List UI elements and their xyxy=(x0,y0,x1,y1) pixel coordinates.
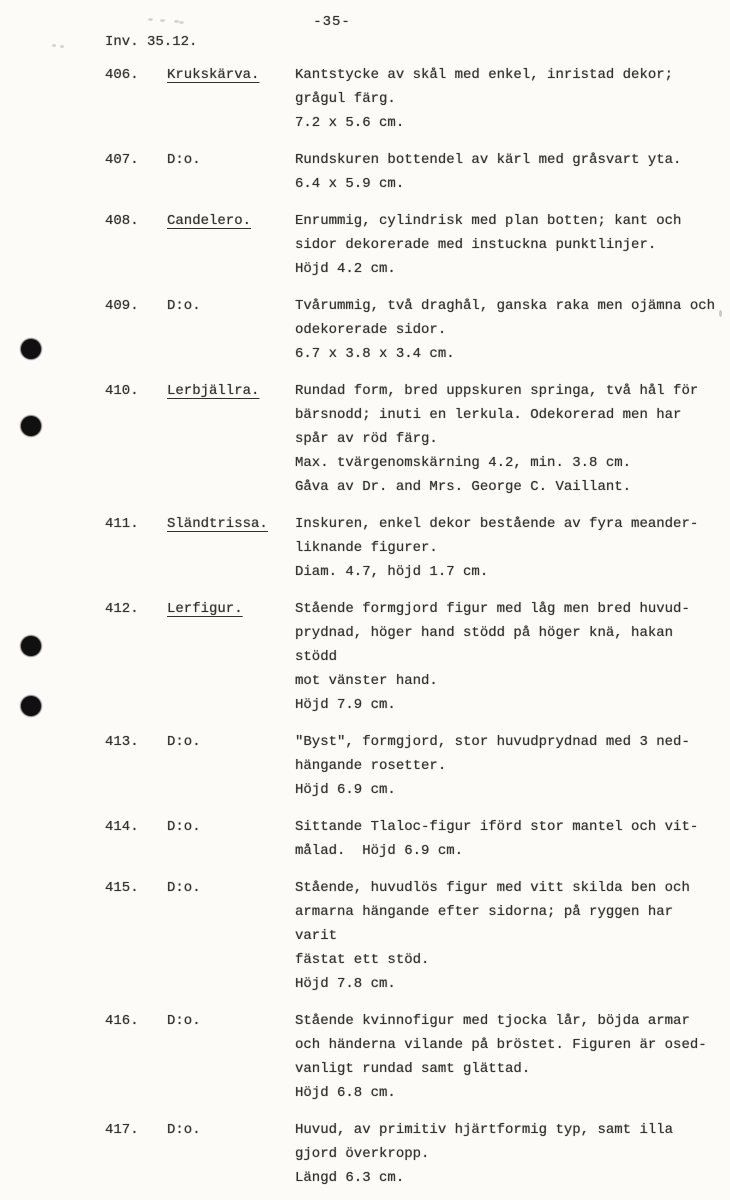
entry-number: 410. xyxy=(105,379,167,403)
description-line: målad. Höjd 6.9 cm. xyxy=(295,839,723,863)
description-line: 7.2 x 5.6 cm. xyxy=(295,111,723,135)
entry-item-name: Sländtrissa. xyxy=(167,512,295,536)
entry-item-name-text: D:o. xyxy=(167,1013,201,1029)
entry-item-name: D:o. xyxy=(167,876,295,900)
description-line: fästat ett stöd. xyxy=(295,948,723,972)
catalog-entry: 414. D:o. Sittande Tlaloc-figur iförd st… xyxy=(0,815,730,863)
description-line: Stående formgjord figur med låg men bred… xyxy=(295,597,723,621)
entry-number: 413. xyxy=(105,730,167,754)
catalog-entry: 408. Candelero. Enrummig, cylindrisk med… xyxy=(0,209,730,281)
entry-number: 414. xyxy=(105,815,167,839)
entry-item-name: Candelero. xyxy=(167,209,295,233)
description-line: 6.4 x 5.9 cm. xyxy=(295,172,723,196)
punch-hole-mark xyxy=(21,339,41,359)
entry-number: 416. xyxy=(105,1009,167,1033)
scan-smudge xyxy=(148,18,153,21)
entry-item-name-text: D:o. xyxy=(167,1122,201,1138)
entry-description: Stående kvinnofigur med tjocka lår, böjd… xyxy=(295,1009,723,1105)
catalog-entry: 410. Lerbjällra. Rundad form, bred uppsk… xyxy=(0,379,730,499)
description-line: grågul färg. xyxy=(295,87,723,111)
entry-description: Stående formgjord figur med låg men bred… xyxy=(295,597,723,717)
entry-item-name: D:o. xyxy=(167,1009,295,1033)
entry-description: Huvud, av primitiv hjärtformig typ, samt… xyxy=(295,1118,723,1190)
description-line: Tvårummig, två draghål, ganska raka men … xyxy=(295,294,723,318)
entry-description: Rundskuren bottendel av kärl med gråsvar… xyxy=(295,148,723,196)
description-line: prydnad, höger hand stödd på höger knä, … xyxy=(295,621,723,669)
catalog-entry: 415. D:o. Stående, huvudlös figur med vi… xyxy=(0,876,730,996)
description-line: Diam. 4.7, höjd 1.7 cm. xyxy=(295,560,723,584)
entry-description: Enrummig, cylindrisk med plan botten; ka… xyxy=(295,209,723,281)
description-line: Höjd 7.9 cm. xyxy=(295,693,723,717)
entry-item-name: D:o. xyxy=(167,815,295,839)
description-line: Kantstycke av skål med enkel, inristad d… xyxy=(295,63,723,87)
description-line: Längd 6.3 cm. xyxy=(295,1166,723,1190)
entry-description: Stående, huvudlös figur med vitt skilda … xyxy=(295,876,723,996)
entry-number: 411. xyxy=(105,512,167,536)
punch-hole-mark xyxy=(21,696,41,716)
description-line: och händerna vilande på bröstet. Figuren… xyxy=(295,1033,723,1057)
entry-item-name: Krukskärva. xyxy=(167,63,295,87)
description-line: sidor dekorerade med instuckna punktlinj… xyxy=(295,233,723,257)
entry-number: 409. xyxy=(105,294,167,318)
entry-number: 417. xyxy=(105,1118,167,1142)
entry-number: 415. xyxy=(105,876,167,900)
catalog-entry: 407. D:o. Rundskuren bottendel av kärl m… xyxy=(0,148,730,196)
entry-number: 412. xyxy=(105,597,167,621)
entry-item-name-text: Sländtrissa. xyxy=(167,516,268,532)
description-line: Sittande Tlaloc-figur iförd stor mantel … xyxy=(295,815,723,839)
entry-item-name: Lerfigur. xyxy=(167,597,295,621)
entry-number: 408. xyxy=(105,209,167,233)
description-line: spår av röd färg. xyxy=(295,427,723,451)
description-line: Stående kvinnofigur med tjocka lår, böjd… xyxy=(295,1009,723,1033)
entry-item-name-text: Lerbjällra. xyxy=(167,383,259,399)
entry-item-name-text: D:o. xyxy=(167,819,201,835)
description-line: liknande figurer. xyxy=(295,536,723,560)
entry-item-name-text: Candelero. xyxy=(167,213,251,229)
description-line: Höjd 7.8 cm. xyxy=(295,972,723,996)
entry-list: 406. Krukskärva. Kantstycke av skål med … xyxy=(0,63,730,1200)
scan-smudge xyxy=(52,44,56,47)
description-line: armarna hängande efter sidorna; på rygge… xyxy=(295,900,723,948)
description-line: Höjd 6.8 cm. xyxy=(295,1081,723,1105)
description-line: hängande rosetter. xyxy=(295,754,723,778)
description-line: Stående, huvudlös figur med vitt skilda … xyxy=(295,876,723,900)
entry-item-name: D:o. xyxy=(167,1118,295,1142)
description-line: Huvud, av primitiv hjärtformig typ, samt… xyxy=(295,1118,723,1142)
entry-item-name-text: D:o. xyxy=(167,880,201,896)
entry-description: "Byst", formgjord, stor huvudprydnad med… xyxy=(295,730,723,802)
entry-item-name: D:o. xyxy=(167,730,295,754)
description-line: vanligt rundad samt glättad. xyxy=(295,1057,723,1081)
punch-hole-mark xyxy=(21,636,41,656)
description-line: mot vänster hand. xyxy=(295,669,723,693)
catalog-entry: 409. D:o. Tvårummig, två draghål, ganska… xyxy=(0,294,730,366)
description-line: "Byst", formgjord, stor huvudprydnad med… xyxy=(295,730,723,754)
page-number: -35- xyxy=(300,14,364,30)
description-line: odekorerade sidor. xyxy=(295,318,723,342)
catalog-entry: 416. D:o. Stående kvinnofigur med tjocka… xyxy=(0,1009,730,1105)
entry-item-name-text: D:o. xyxy=(167,734,201,750)
entry-item-name: D:o. xyxy=(167,148,295,172)
catalog-entry: 413. D:o. "Byst", formgjord, stor huvudp… xyxy=(0,730,730,802)
description-line: Enrummig, cylindrisk med plan botten; ka… xyxy=(295,209,723,233)
document-page: -35- Inv. 35.12. 406. Krukskärva. Kantst… xyxy=(0,0,730,1200)
entry-description: Tvårummig, två draghål, ganska raka men … xyxy=(295,294,723,366)
entry-item-name-text: Lerfigur. xyxy=(167,601,243,617)
entry-item-name-text: Krukskärva. xyxy=(167,67,259,83)
entry-description: Inskuren, enkel dekor bestående av fyra … xyxy=(295,512,723,584)
description-line: Gåva av Dr. and Mrs. George C. Vaillant. xyxy=(295,475,723,499)
catalog-entry: 417. D:o. Huvud, av primitiv hjärtformig… xyxy=(0,1118,730,1190)
entry-item-name-text: D:o. xyxy=(167,298,201,314)
entry-description: Kantstycke av skål med enkel, inristad d… xyxy=(295,63,723,135)
description-line: Inskuren, enkel dekor bestående av fyra … xyxy=(295,512,723,536)
description-line: Rundad form, bred uppskuren springa, två… xyxy=(295,379,723,403)
entry-description: Sittande Tlaloc-figur iförd stor mantel … xyxy=(295,815,723,863)
entry-number: 407. xyxy=(105,148,167,172)
description-line: Max. tvärgenomskärning 4.2, min. 3.8 cm. xyxy=(295,451,723,475)
description-line: bärsnodd; inuti en lerkula. Odekorerad m… xyxy=(295,403,723,427)
description-line: gjord överkropp. xyxy=(295,1142,723,1166)
description-line: Höjd 6.9 cm. xyxy=(295,778,723,802)
catalog-entry: 406. Krukskärva. Kantstycke av skål med … xyxy=(0,63,730,135)
entry-item-name-text: D:o. xyxy=(167,152,201,168)
catalog-entry: 411. Sländtrissa. Inskuren, enkel dekor … xyxy=(0,512,730,584)
description-line: Höjd 4.2 cm. xyxy=(295,257,723,281)
punch-hole-mark xyxy=(21,416,41,436)
entry-description: Rundad form, bred uppskuren springa, två… xyxy=(295,379,723,499)
description-line: Rundskuren bottendel av kärl med gråsvar… xyxy=(295,148,723,172)
entry-item-name: Lerbjällra. xyxy=(167,379,295,403)
catalog-entry: 412. Lerfigur. Stående formgjord figur m… xyxy=(0,597,730,717)
description-line: 6.7 x 3.8 x 3.4 cm. xyxy=(295,342,723,366)
entry-number: 406. xyxy=(105,63,167,87)
inventory-label: Inv. 35.12. xyxy=(105,34,197,50)
entry-item-name: D:o. xyxy=(167,294,295,318)
